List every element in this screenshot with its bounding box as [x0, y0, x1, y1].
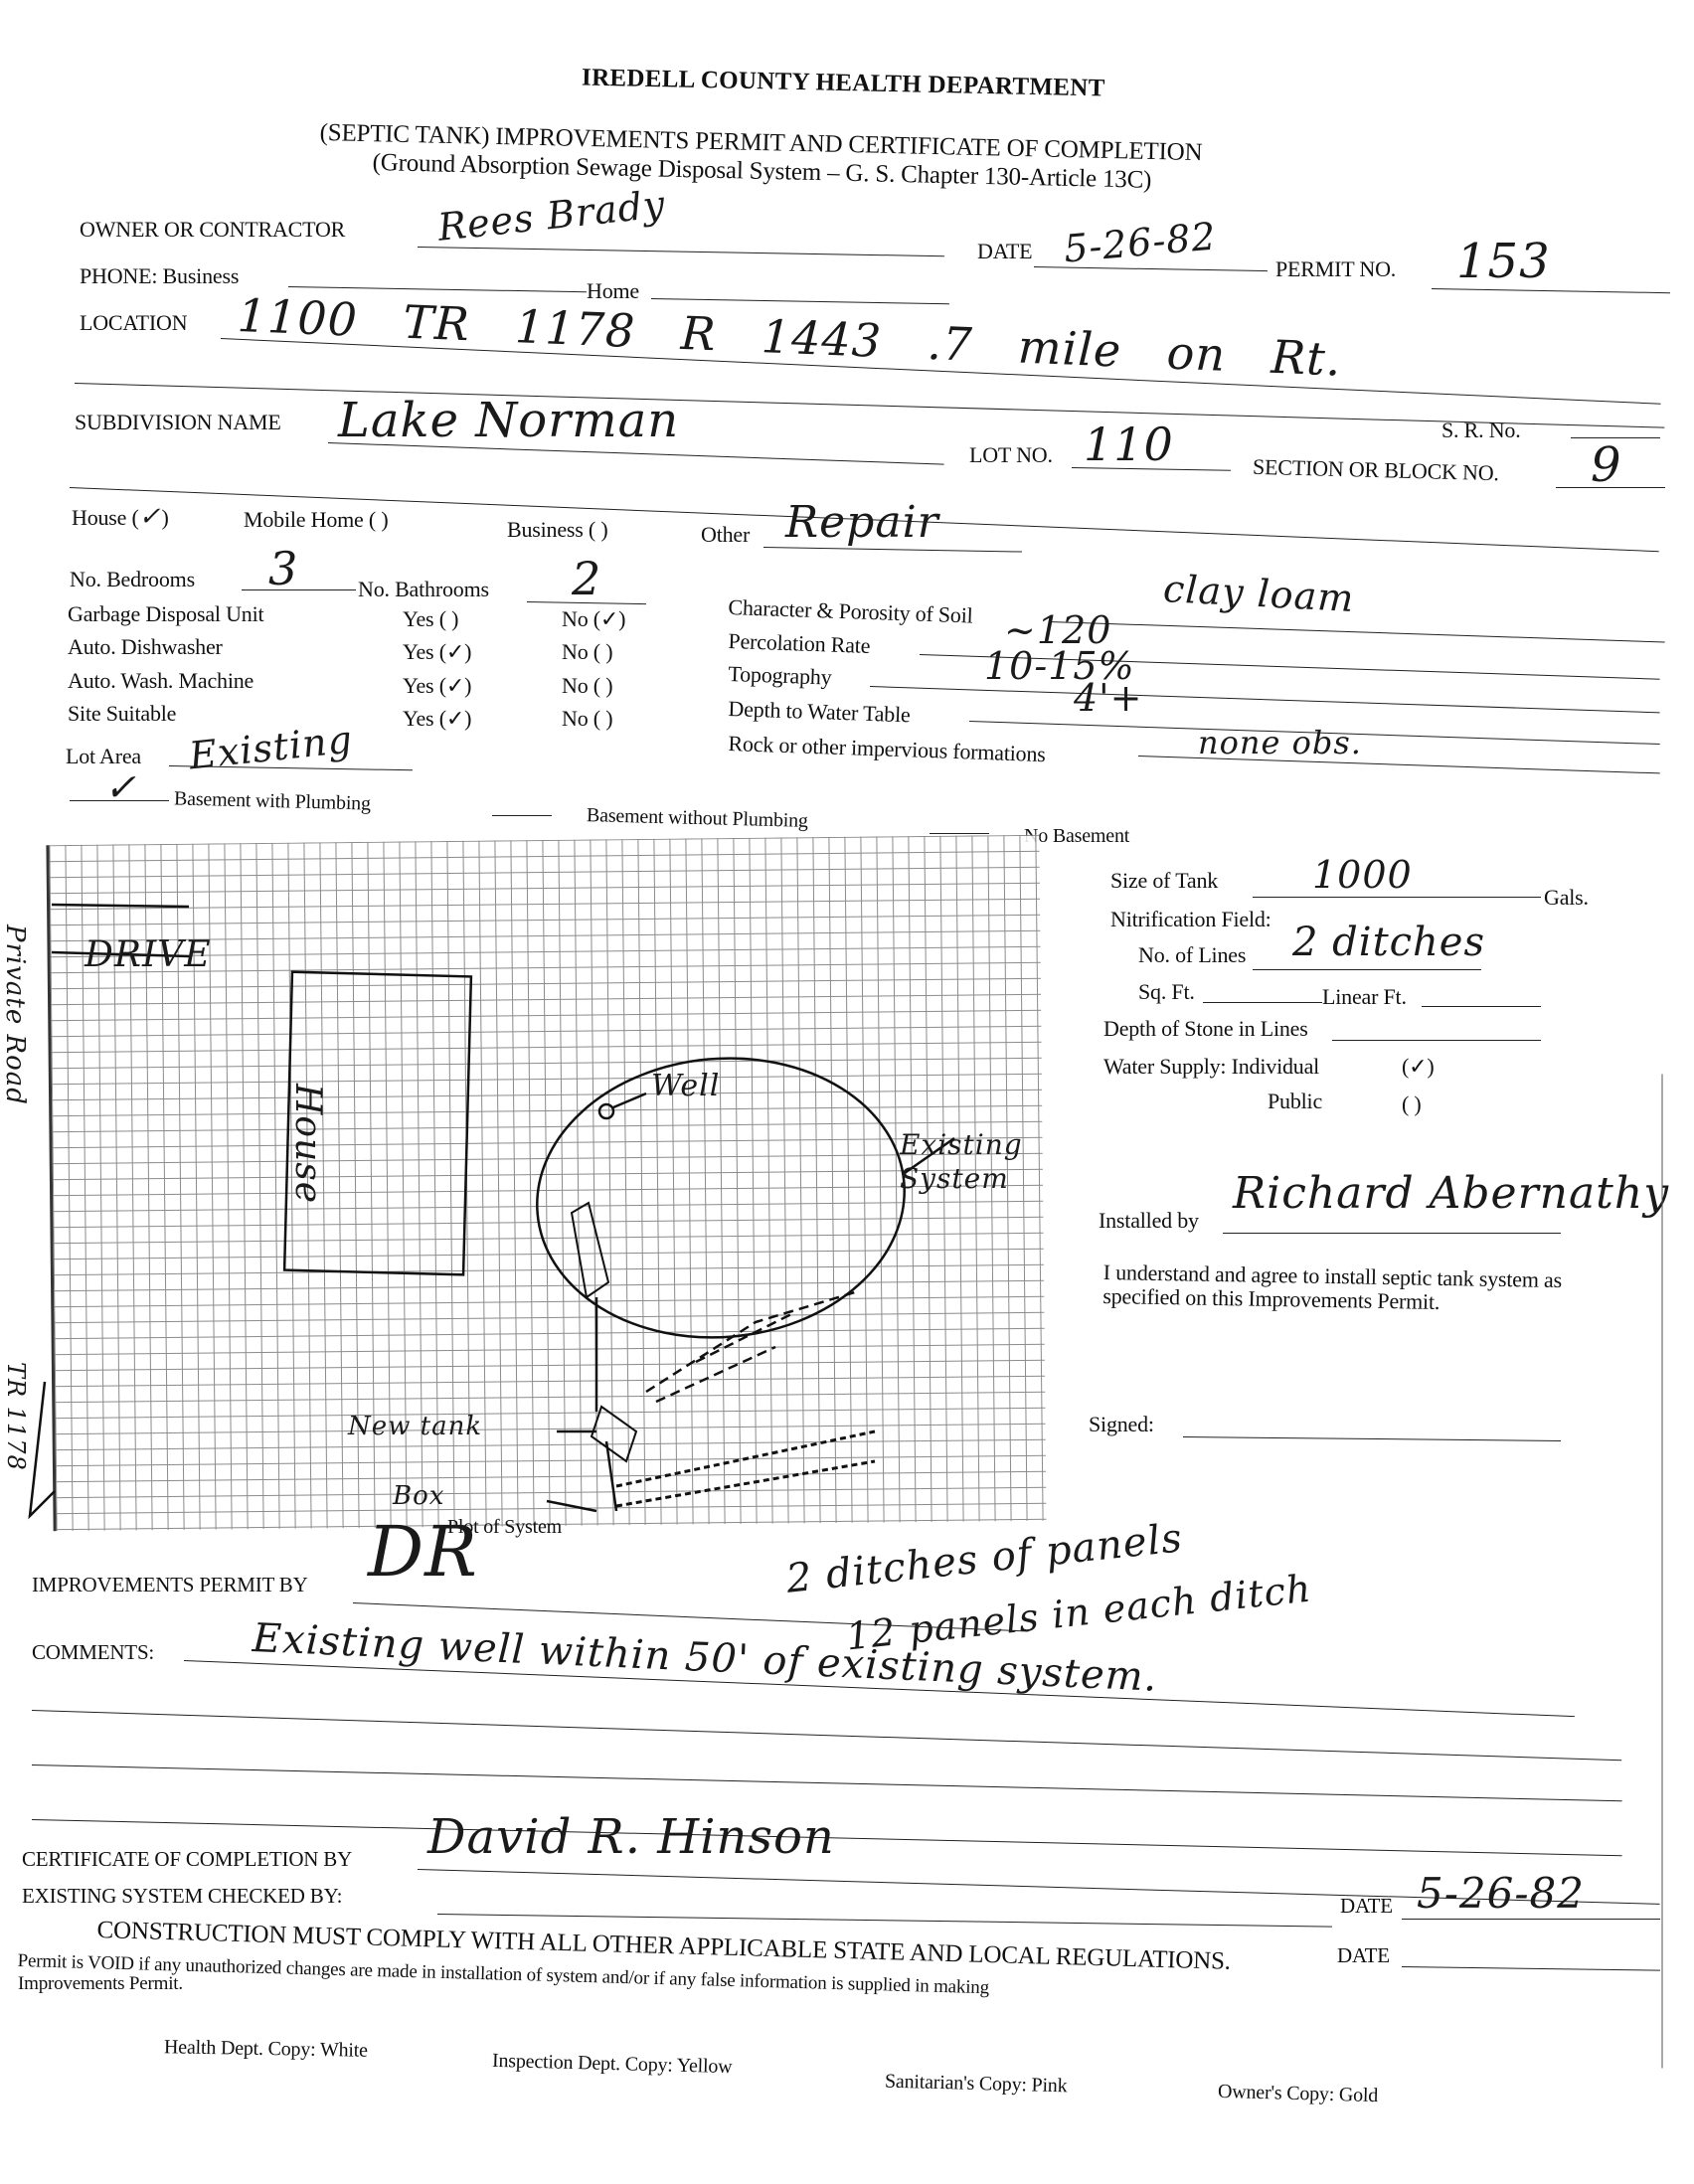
tank-size-value[interactable]: 1000	[1312, 853, 1413, 897]
copy-sanitarian: Sanitarian's Copy: Pink	[885, 2071, 1068, 2099]
plot-drive-label: DRIVE	[85, 934, 211, 975]
stone-depth-label: Depth of Stone in Lines	[1103, 1016, 1308, 1042]
copy-health: Health Dept. Copy: White	[164, 2036, 368, 2063]
water-public-label: Public	[1268, 1089, 1322, 1114]
date1-value[interactable]: 5-26-82	[1417, 1869, 1585, 1918]
water-public-check[interactable]: ( )	[1402, 1092, 1422, 1117]
signed-label: Signed:	[1089, 1412, 1154, 1437]
installed-by-signature[interactable]: Richard Abernathy	[1233, 1168, 1669, 1219]
linear-ft-label: Linear Ft.	[1322, 984, 1407, 1010]
permit-by-label: IMPROVEMENTS PERMIT BY	[32, 1573, 308, 1597]
plot-house-label: House	[287, 1084, 328, 1204]
date2-label: DATE	[1337, 1943, 1390, 1968]
lines-value[interactable]: 2 ditches	[1292, 920, 1485, 965]
date1-label: DATE	[1340, 1894, 1393, 1919]
checked-by-label: EXISTING SYSTEM CHECKED BY:	[22, 1884, 342, 1909]
tank-size-label: Size of Tank	[1110, 868, 1218, 894]
certificate-signature[interactable]: David R. Hinson	[427, 1809, 835, 1865]
installer-agreement: I understand and agree to install septic…	[1102, 1260, 1601, 1317]
plot-box-label: Box	[393, 1481, 444, 1511]
nitrification-label: Nitrification Field:	[1110, 907, 1271, 932]
margin-tr-number: TR 1178	[2, 1362, 30, 1471]
margin-private-road: Private Road	[0, 924, 30, 1105]
plot-new-tank-label: New tank	[348, 1412, 482, 1441]
copy-owner: Owner's Copy: Gold	[1218, 2081, 1379, 2107]
comments-label: COMMENTS:	[32, 1640, 154, 1665]
plot-well-label: Well	[651, 1069, 720, 1103]
plot-existing-system-label: Existing System	[900, 1128, 1039, 1196]
permit-by-signature[interactable]: DR	[368, 1511, 478, 1593]
void-notice-cont: Improvements Permit.	[18, 1973, 183, 1995]
certificate-label: CERTIFICATE OF COMPLETION BY	[22, 1847, 352, 1872]
lines-label: No. of Lines	[1138, 942, 1246, 968]
water-individual-check[interactable]: (✓)	[1402, 1054, 1435, 1080]
installed-by-label: Installed by	[1099, 1208, 1199, 1234]
sqft-label: Sq. Ft.	[1138, 979, 1195, 1005]
tank-gals-label: Gals.	[1544, 885, 1589, 911]
water-supply-label: Water Supply: Individual	[1103, 1054, 1319, 1080]
